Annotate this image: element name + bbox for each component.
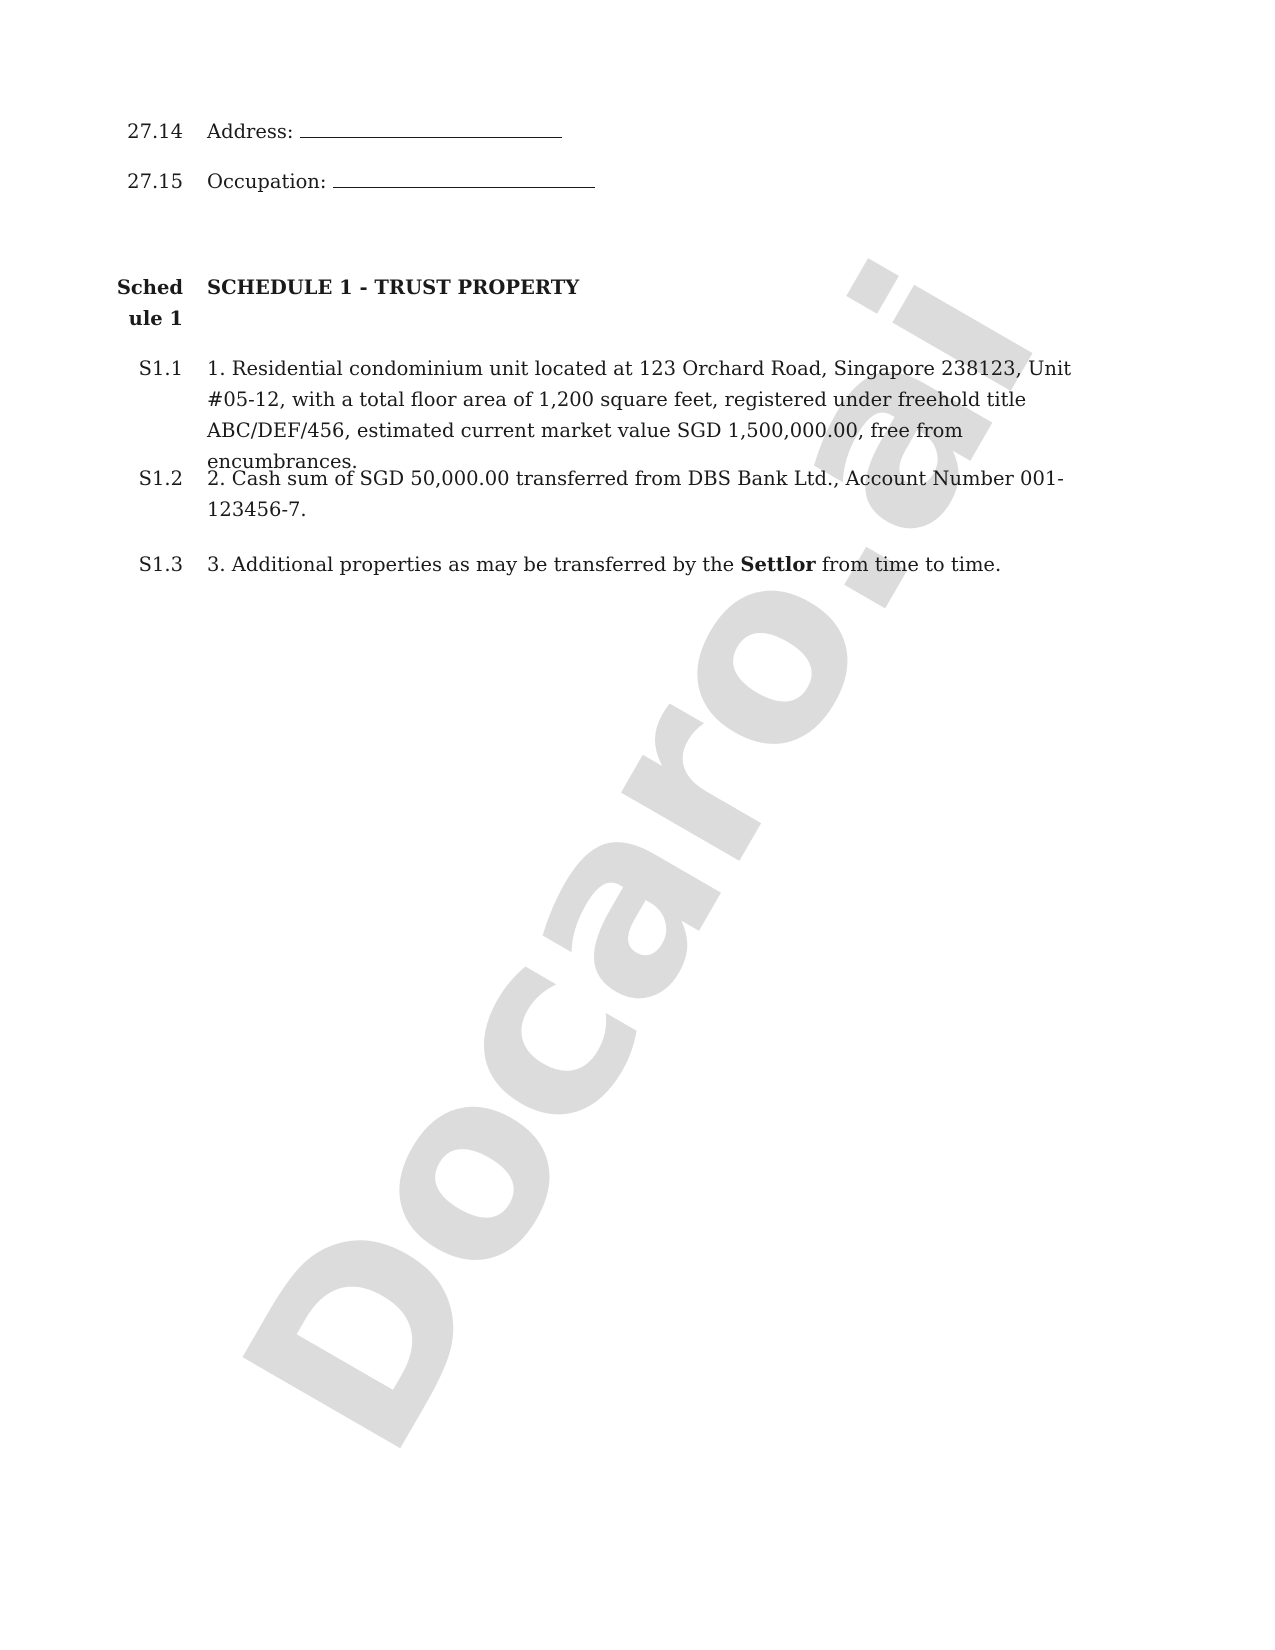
- clause-text: 1. Residential condominium unit located …: [207, 353, 1112, 477]
- occupation-blank-line[interactable]: [333, 169, 595, 188]
- schedule-label: Sched ule 1: [103, 272, 183, 334]
- defined-term: Settlor: [740, 553, 815, 576]
- schedule-title: SCHEDULE 1 - TRUST PROPERTY: [207, 272, 1112, 303]
- field-label: Occupation:: [207, 170, 326, 193]
- clause-number: S1.2: [139, 463, 183, 494]
- clause-number: 27.14: [127, 116, 183, 147]
- clause-text: 2. Cash sum of SGD 50,000.00 transferred…: [207, 463, 1112, 525]
- clause-number: 27.15: [127, 166, 183, 197]
- address-blank-line[interactable]: [300, 119, 562, 138]
- field-label: Address:: [207, 120, 294, 143]
- clause-number: S1.1: [139, 353, 183, 384]
- clause-number: S1.3: [139, 549, 183, 580]
- clause-text: 3. Additional properties as may be trans…: [207, 549, 1112, 580]
